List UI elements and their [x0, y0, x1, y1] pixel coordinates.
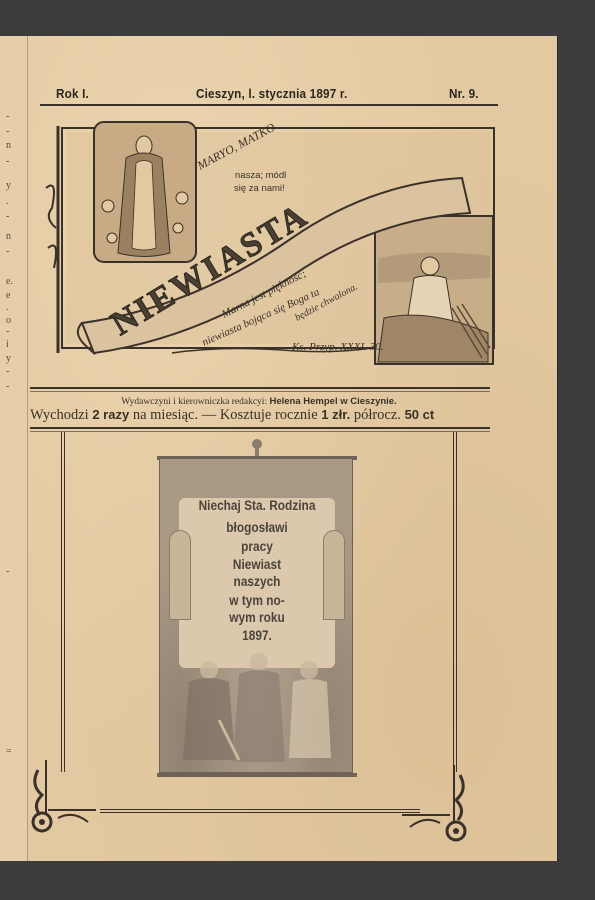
banner-line: błogosławi — [169, 520, 345, 537]
half-year-price: 50 ct — [405, 407, 435, 422]
margin-char: y — [6, 353, 11, 364]
margin-char: . — [6, 196, 9, 207]
gutter-fold — [27, 36, 28, 861]
margin-char: i — [6, 339, 9, 350]
margin-char: - — [6, 326, 9, 337]
subscription-text: półrocz. — [354, 407, 401, 423]
masthead-illustration: NIEWIASTA MARYO, MATKO nasza; módl się z… — [42, 118, 498, 383]
volume-label: Rok I. — [56, 86, 89, 101]
margin-char: - — [6, 156, 9, 167]
margin-char: e. — [6, 276, 13, 287]
place-date: Cieszyn, l. stycznia 1897 r. — [196, 86, 347, 101]
margin-char: n — [6, 140, 11, 151]
margin-char: - — [6, 126, 9, 137]
margin-char: o — [6, 315, 11, 326]
imprint-rule-top-thin — [30, 391, 490, 392]
imprint-rule-top — [30, 387, 490, 389]
prayer-line-2: się za nami! — [234, 183, 285, 194]
banner-line: pracy — [169, 539, 345, 556]
subscription-line: Wychodzi 2 razy na miesiąc. — Kosztuje r… — [30, 407, 490, 424]
banner-line: Niechaj Sta. Rodzina — [169, 498, 345, 515]
subscription-text: Wychodzi — [30, 407, 89, 423]
margin-char: - — [6, 381, 9, 392]
banner-line: w tym no- — [169, 593, 345, 610]
header-rule — [40, 104, 498, 106]
issue-header: Rok I. Cieszyn, l. stycznia 1897 r. Nr. … — [56, 86, 488, 104]
imprint-prefix: Wydawczyni i kierowniczka redakcyi: — [121, 397, 267, 407]
frame-bottom-line — [100, 809, 420, 810]
subscription-rule-thin — [30, 431, 490, 432]
margin-char: = — [6, 746, 12, 757]
imprint-line: Wydawczyni i kierowniczka redakcyi: Hele… — [30, 396, 488, 407]
frequency: 2 razy — [92, 407, 129, 422]
banner-line: 1897. — [169, 628, 345, 645]
banner-line: wym roku — [169, 610, 345, 627]
holy-family-illustration — [159, 650, 353, 770]
subscription-rule — [30, 427, 490, 429]
banner-rod-bottom — [157, 773, 357, 777]
margin-char: y — [6, 180, 11, 191]
frame-left-line — [61, 432, 62, 772]
madonna-vignette — [94, 122, 196, 262]
margin-char: . — [6, 302, 9, 313]
margin-char: - — [6, 211, 9, 222]
frame-left-line-inner — [64, 432, 65, 772]
previous-page-edge: - - n - y . - n - e. e . o - i y - - - = — [0, 36, 27, 861]
corner-ornament-right-icon — [400, 765, 470, 845]
harvest-vignette — [375, 216, 493, 364]
yearly-price: 1 złr. — [321, 407, 350, 422]
margin-char: e — [6, 290, 10, 301]
new-year-banner: Niechaj Sta. Rodzina błogosławi pracy Ni… — [157, 440, 357, 778]
issue-number: Nr. 9. — [449, 86, 479, 101]
margin-char: - — [6, 246, 9, 257]
frame-bottom-line-inner — [100, 812, 420, 813]
margin-char: n — [6, 231, 11, 242]
editor-name: Helena Hempel w Cieszynie. — [269, 396, 396, 407]
prayer-line-1: nasza; módl — [235, 170, 286, 181]
margin-char: - — [6, 366, 9, 377]
subscription-text: na miesiąc. — Kosztuje rocznie — [133, 407, 318, 423]
masthead: NIEWIASTA MARYO, MATKO nasza; módl się z… — [42, 118, 498, 383]
banner-line: Niewiast — [169, 557, 345, 574]
margin-char: - — [6, 111, 9, 122]
banner-line: naszych — [169, 574, 345, 591]
margin-char: - — [6, 566, 9, 577]
frame-right-line — [453, 432, 454, 772]
frame-right-line-inner — [456, 432, 457, 772]
corner-ornament-left-icon — [28, 760, 98, 840]
